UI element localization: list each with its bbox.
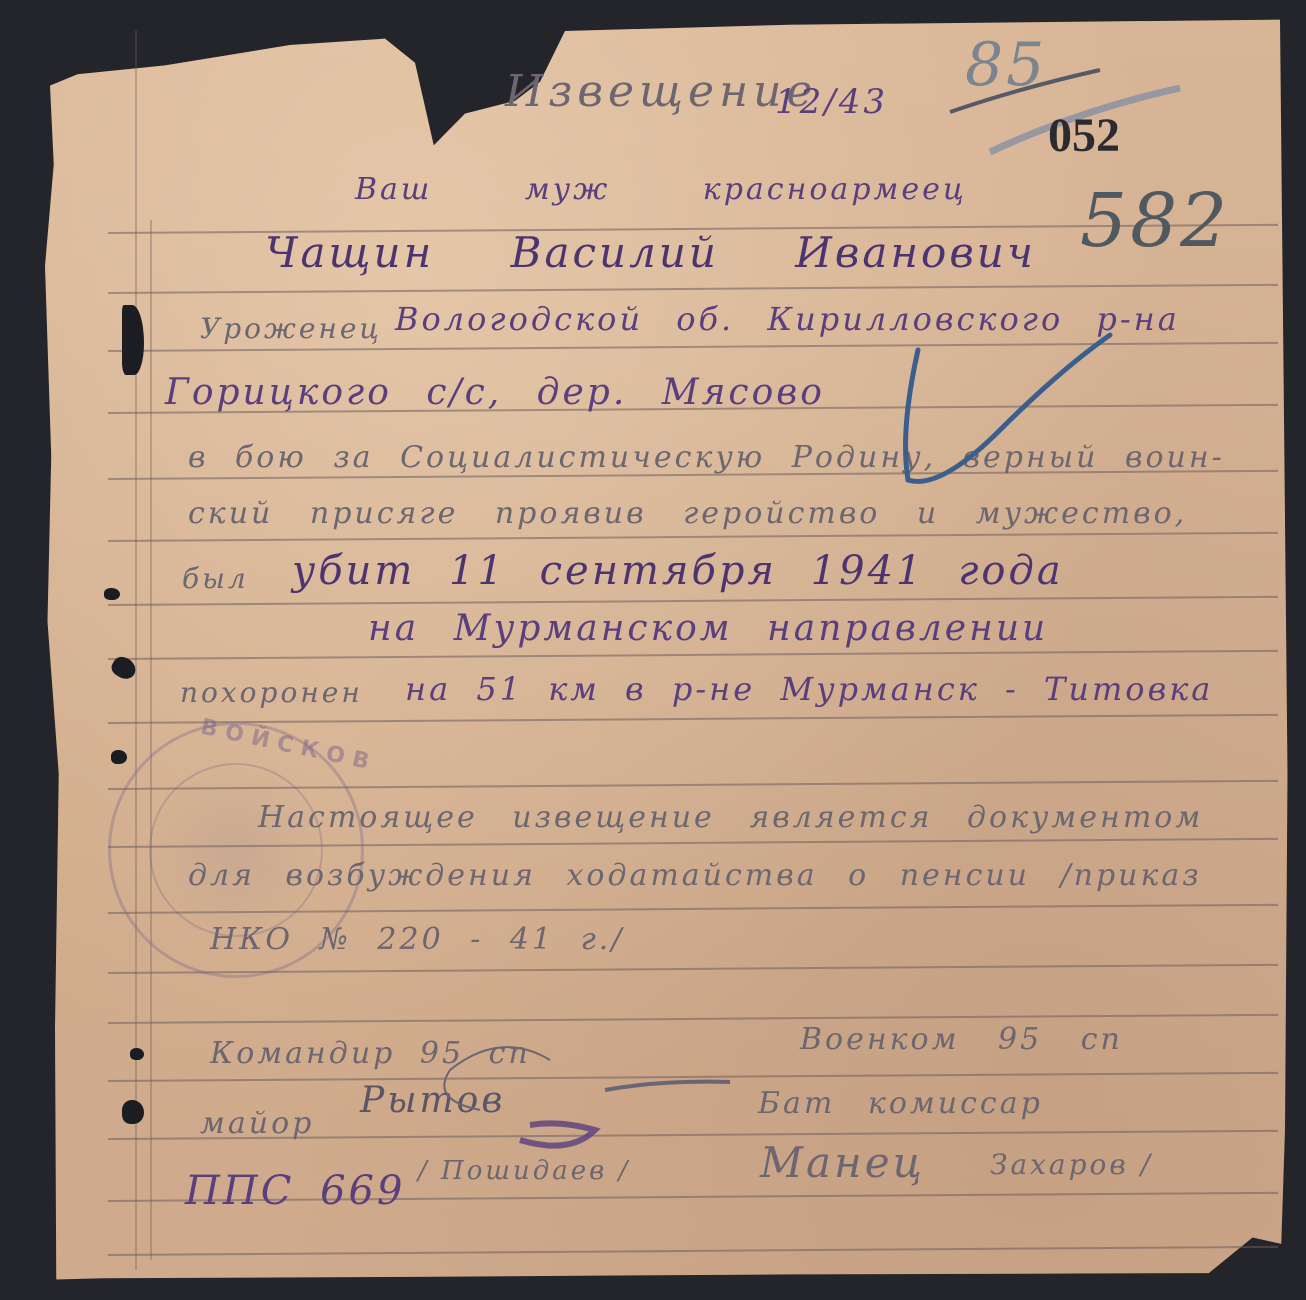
- stamped-number: 052: [1048, 108, 1120, 163]
- scanned-document: Извещение 12/43 85 052 582 Ваш муж красн…: [0, 0, 1306, 1300]
- death-label: был: [182, 562, 249, 595]
- front-direction: на Мурманском направлении: [368, 608, 1048, 649]
- check-mark: [880, 320, 1140, 500]
- field-post-number: ППС 669: [185, 1168, 405, 1214]
- commissar-signature: Манец: [760, 1138, 925, 1187]
- binder-hole: [111, 750, 127, 764]
- origin-village: Горицкого с/с, дер. Мясово: [165, 372, 825, 413]
- legal-text-line-3: НКО № 220 - 41 г./: [210, 922, 624, 957]
- signature-flourish: [360, 1030, 740, 1160]
- binder-hole: [130, 1048, 144, 1060]
- origin-label: Уроженец: [200, 312, 382, 345]
- commander-rank: майор: [200, 1106, 314, 1141]
- commissar-title: Военком 95 сп: [800, 1022, 1123, 1057]
- legal-text-line-1: Настоящее извещение является документом: [258, 800, 1203, 835]
- body-text-line-2: ский присяге проявив геройство и мужеств…: [188, 496, 1187, 531]
- soldier-name: Чащин Василий Иванович: [265, 228, 1036, 277]
- document-title: Извещение: [505, 66, 817, 117]
- burial-label: похоронен: [180, 676, 363, 709]
- commander-name: / Пошидаев /: [418, 1156, 630, 1186]
- margin-line: [150, 220, 152, 1260]
- pencil-archive-number: 582: [1080, 178, 1230, 264]
- binder-hole: [122, 1100, 144, 1124]
- margin-line: [135, 30, 137, 1270]
- commissar-rank: Бат комиссар: [758, 1086, 1043, 1121]
- binder-hole: [104, 588, 120, 600]
- burial-place: на 51 км в р-не Мурманск - Титовка: [405, 670, 1213, 708]
- document-reference: 12/43: [775, 82, 888, 122]
- salutation-line: Ваш муж красноармеец: [355, 172, 967, 207]
- legal-text-line-2: для возбуждения ходатайства о пенсии /пр…: [188, 858, 1202, 893]
- death-date: убит 11 сентября 1941 года: [292, 548, 1064, 594]
- seal-emblem: [149, 763, 323, 937]
- commissar-name: Захаров /: [990, 1148, 1153, 1181]
